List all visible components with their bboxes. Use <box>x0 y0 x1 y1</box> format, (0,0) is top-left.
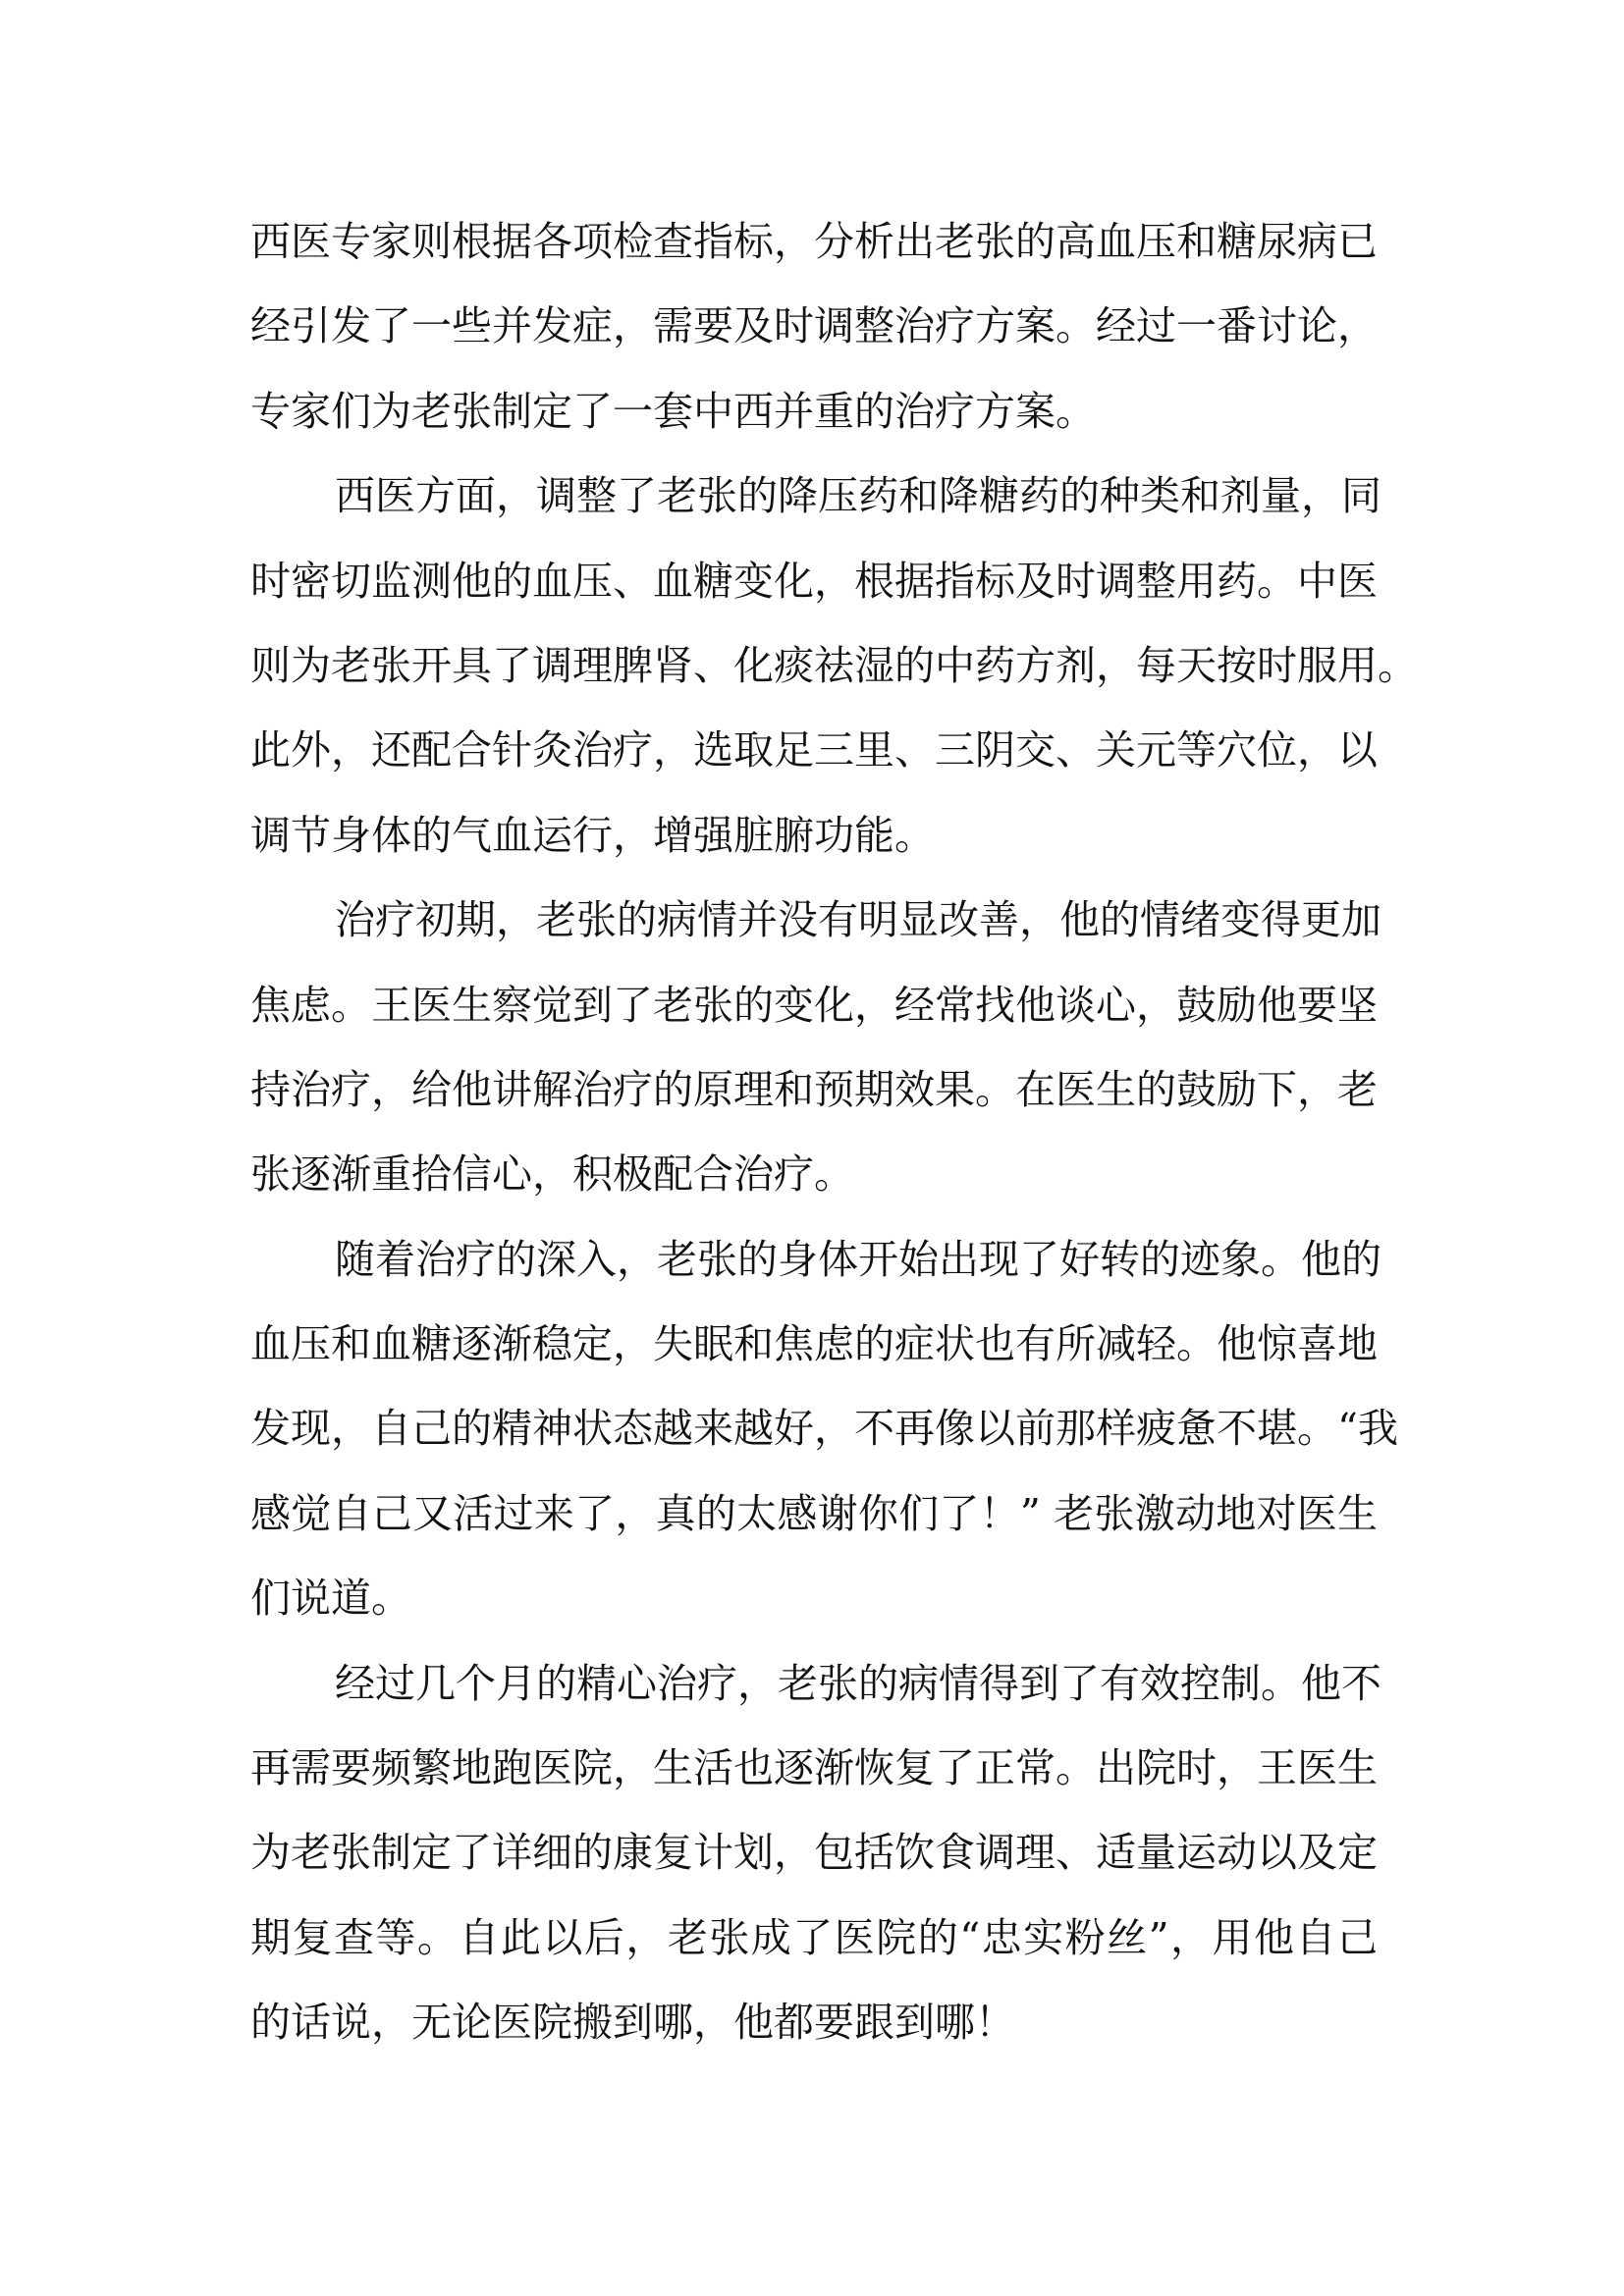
text-line: 随着治疗的深入，老张的身体开始出现了好转的迹象。他的 <box>250 1217 1378 1302</box>
text-line: 时密切监测他的血压、血糖变化，根据指标及时调整用药。中医 <box>250 539 1378 623</box>
text-line: 治疗初期，老张的病情并没有明显改善，他的情绪变得更加 <box>250 878 1378 962</box>
text-line: 此外，还配合针灸治疗，选取足三里、三阴交、关元等穴位，以 <box>250 708 1378 792</box>
text-line: 期复查等。自此以后，老张成了医院的“忠实粉丝”，用他自己 <box>250 1896 1378 1980</box>
document-page: 西医专家则根据各项检查指标，分析出老张的高血压和糖尿病已 经引发了一些并发症，需… <box>0 0 1624 2296</box>
text-line: 发现，自己的精神状态越来越好，不再像以前那样疲惫不堪。“我 <box>250 1386 1378 1470</box>
text-line: 经过几个月的精心治疗，老张的病情得到了有效控制。他不 <box>250 1641 1378 1726</box>
text-line: 经引发了一些并发症，需要及时调整治疗方案。经过一番讨论， <box>250 284 1378 368</box>
paragraph-1: 西医专家则根据各项检查指标，分析出老张的高血压和糖尿病已 经引发了一些并发症，需… <box>250 199 1378 454</box>
paragraph-4: 随着治疗的深入，老张的身体开始出现了好转的迹象。他的 血压和血糖逐渐稳定，失眠和… <box>250 1217 1378 1641</box>
text-line: 则为老张开具了调理脾肾、化痰祛湿的中药方剂，每天按时服用。 <box>250 623 1378 708</box>
text-line: 为老张制定了详细的康复计划，包括饮食调理、适量运动以及定 <box>250 1810 1378 1895</box>
paragraph-5: 经过几个月的精心治疗，老张的病情得到了有效控制。他不 再需要频繁地跑医院，生活也… <box>250 1641 1378 2065</box>
text-line: 持治疗，给他讲解治疗的原理和预期效果。在医生的鼓励下，老 <box>250 1047 1378 1132</box>
body-text: 西医专家则根据各项检查指标，分析出老张的高血压和糖尿病已 经引发了一些并发症，需… <box>250 199 1378 2065</box>
text-line: 张逐渐重拾信心，积极配合治疗。 <box>250 1132 1378 1216</box>
text-line: 们说道。 <box>250 1556 1378 1640</box>
text-line: 西医专家则根据各项检查指标，分析出老张的高血压和糖尿病已 <box>250 199 1378 284</box>
text-line: 感觉自己又活过来了，真的太感谢你们了！” 老张激动地对医生 <box>250 1471 1378 1556</box>
text-line: 血压和血糖逐渐稳定，失眠和焦虑的症状也有所减轻。他惊喜地 <box>250 1302 1378 1386</box>
text-line: 专家们为老张制定了一套中西并重的治疗方案。 <box>250 369 1378 454</box>
text-line: 焦虑。王医生察觉到了老张的变化，经常找他谈心，鼓励他要坚 <box>250 963 1378 1047</box>
text-line: 的话说，无论医院搬到哪，他都要跟到哪！ <box>250 1980 1378 2064</box>
paragraph-3: 治疗初期，老张的病情并没有明显改善，他的情绪变得更加 焦虑。王医生察觉到了老张的… <box>250 878 1378 1217</box>
text-line: 调节身体的气血运行，增强脏腑功能。 <box>250 793 1378 878</box>
text-line: 再需要频繁地跑医院，生活也逐渐恢复了正常。出院时，王医生 <box>250 1726 1378 1810</box>
text-line: 西医方面，调整了老张的降压药和降糖药的种类和剂量，同 <box>250 454 1378 538</box>
paragraph-2: 西医方面，调整了老张的降压药和降糖药的种类和剂量，同 时密切监测他的血压、血糖变… <box>250 454 1378 878</box>
